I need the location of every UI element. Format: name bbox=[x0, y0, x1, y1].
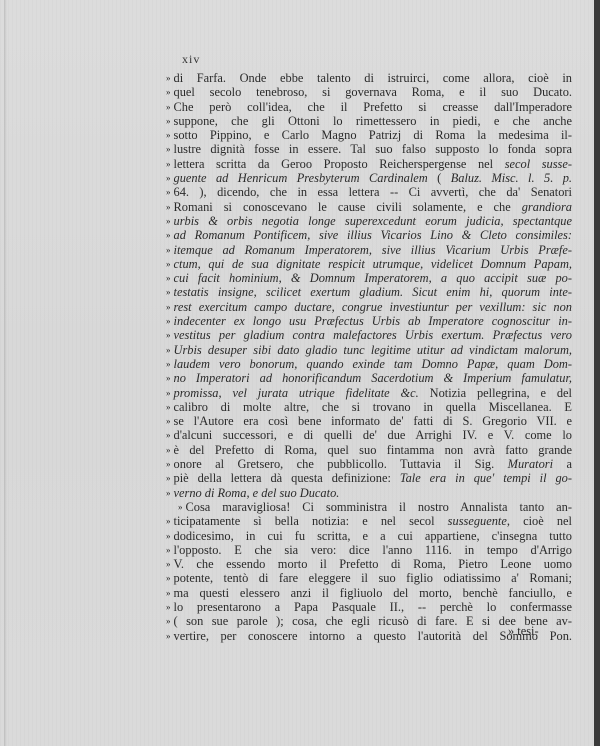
text-line: »vestitus per gladium contra malefactore… bbox=[166, 328, 572, 342]
page-gutter-shadow bbox=[4, 0, 7, 746]
quote-mark: » bbox=[166, 430, 171, 440]
italic-text: vestitus per gladium contra malefactores… bbox=[174, 328, 573, 342]
quote-mark: » bbox=[166, 273, 171, 283]
text-line: »quel secolo tenebroso, si governava Rom… bbox=[166, 85, 572, 99]
quote-mark: » bbox=[166, 631, 171, 641]
roman-text: se l'Autore era così bene informato de' … bbox=[174, 414, 573, 428]
italic-text: testatis insigne, scilicet exertum gladi… bbox=[174, 285, 573, 299]
quote-mark: » bbox=[166, 316, 171, 326]
book-page: xiv »di Farfa. Onde ebbe talento di istr… bbox=[0, 0, 596, 746]
quote-mark: » bbox=[166, 459, 171, 469]
quote-mark: » bbox=[166, 302, 171, 312]
text-line: »cui facit hominium, & Domnum Imperatore… bbox=[166, 271, 572, 285]
roman-text: è del Prefetto di Roma, quel suo fintamm… bbox=[174, 443, 573, 457]
text-line: »lo presentarono a Papa Pasquale II., --… bbox=[166, 600, 572, 614]
roman-text: piè della lettera dà questa definizione: bbox=[174, 471, 400, 485]
italic-text: itemque ad Romanum Imperatorem, sive ill… bbox=[174, 243, 573, 257]
quote-mark: » bbox=[166, 445, 171, 455]
quote-mark: » bbox=[166, 87, 171, 97]
italic-text: secol susse- bbox=[505, 157, 572, 171]
italic-text: urbis & orbis negotia longe superexcedun… bbox=[174, 214, 573, 228]
scan-edge bbox=[594, 0, 600, 746]
text-line: »testatis insigne, scilicet exertum glad… bbox=[166, 285, 572, 299]
roman-text: d'alcuni successori, e di quelli de' due… bbox=[174, 428, 573, 442]
italic-text: no Imperatori ad honorificandum Sacerdot… bbox=[174, 371, 573, 385]
roman-text: a bbox=[553, 457, 572, 471]
quote-mark: » bbox=[178, 502, 183, 512]
italic-text: Tale era in que' tempi il go- bbox=[400, 471, 572, 485]
quote-mark: » bbox=[166, 230, 171, 240]
text-line: »no Imperatori ad honorificandum Sacerdo… bbox=[166, 371, 572, 385]
text-line: »ticipatamente sì bella notizia: e nel s… bbox=[166, 514, 572, 528]
text-line: »se l'Autore era così bene informato de'… bbox=[166, 414, 572, 428]
quote-mark: » bbox=[166, 473, 171, 483]
quote-mark: » bbox=[166, 187, 171, 197]
text-line: »Che però coll'idea, che il Prefetto si … bbox=[166, 100, 572, 114]
text-line: »Cosa maravigliosa! Ci somministra il no… bbox=[166, 500, 572, 514]
quote-mark: » bbox=[166, 559, 171, 569]
italic-text: Baluz. Misc. l. 5. p. bbox=[451, 171, 572, 185]
text-line: »suppone, che gli Ottoni lo rimettessero… bbox=[166, 114, 572, 128]
text-line: »guente ad Henricum Presbyterum Cardinal… bbox=[166, 171, 572, 185]
text-line: »ctum, qui de sua dignitate respicit utr… bbox=[166, 257, 572, 271]
italic-text: ad Romanum Pontificem, sive illius Vicar… bbox=[174, 228, 573, 242]
text-line: »V. che essendo morto il Prefetto di Rom… bbox=[166, 557, 572, 571]
text-line: »dodicesimo, in cui fu scritta, e a cui … bbox=[166, 529, 572, 543]
roman-text: quel secolo tenebroso, si governava Roma… bbox=[174, 85, 573, 99]
roman-text: di Farfa. Onde ebbe talento di istruirci… bbox=[174, 71, 573, 85]
quote-mark: » bbox=[166, 287, 171, 297]
text-line: »sotto Pippino, e Carlo Magno Patrizj di… bbox=[166, 128, 572, 142]
body-text: »di Farfa. Onde ebbe talento di istruirc… bbox=[166, 71, 572, 643]
roman-text: ( bbox=[428, 171, 451, 185]
quote-mark: » bbox=[166, 116, 171, 126]
text-line: »lettera scritta da Geroo Proposto Reich… bbox=[166, 157, 572, 171]
quote-mark: » bbox=[166, 616, 171, 626]
roman-text: sotto Pippino, e Carlo Magno Patrizj di … bbox=[174, 128, 573, 142]
text-line: »Urbis desuper sibi dato gladio tunc leg… bbox=[166, 343, 572, 357]
roman-text: Romani si conoscevano le cause civili so… bbox=[174, 200, 522, 214]
text-line: »potente, tentò di fare eleggere il suo … bbox=[166, 571, 572, 585]
quote-mark: » bbox=[166, 345, 171, 355]
roman-text: onore al Gretsero, che pubblicollo. Tutt… bbox=[174, 457, 508, 471]
quote-mark: » bbox=[166, 102, 171, 112]
catchword: » tesi- bbox=[508, 624, 539, 638]
italic-text: verno di Roma, e del suo Ducato. bbox=[174, 486, 340, 500]
text-line: »indecenter ex longo usu Præfectus Urbis… bbox=[166, 314, 572, 328]
quote-mark: » bbox=[166, 202, 171, 212]
roman-text: Cosa maravigliosa! Ci somministra il nos… bbox=[186, 500, 573, 514]
quote-mark: » bbox=[166, 516, 171, 526]
text-line: »laudem vero bonorum, quando exinde tam … bbox=[166, 357, 572, 371]
text-line: »verno di Roma, e del suo Ducato. bbox=[166, 486, 572, 500]
quote-mark: » bbox=[166, 159, 171, 169]
text-line: »onore al Gretsero, che pubblicollo. Tut… bbox=[166, 457, 572, 471]
roman-text: lustre dignità fosse in essere. Tal suo … bbox=[174, 142, 573, 156]
text-line: »Romani si conoscevano le cause civili s… bbox=[166, 200, 572, 214]
text-line: »l'opposto. E che sia vero: dice l'anno … bbox=[166, 543, 572, 557]
quote-mark: » bbox=[166, 330, 171, 340]
text-line: »64. ), dicendo, che in essa lettera -- … bbox=[166, 185, 572, 199]
italic-text: cui facit hominium, & Domnum Imperatorem… bbox=[174, 271, 573, 285]
italic-text: grandiora bbox=[522, 200, 572, 214]
text-line: »rest exercitum campo ductare, congrue i… bbox=[166, 300, 572, 314]
quote-mark: » bbox=[166, 588, 171, 598]
text-line: »calibro di molte altre, che si trovano … bbox=[166, 400, 572, 414]
roman-text: 64. ), dicendo, che in essa lettera -- C… bbox=[174, 185, 573, 199]
quote-mark: » bbox=[166, 73, 171, 83]
quote-mark: » bbox=[166, 402, 171, 412]
roman-text: l'opposto. E che sia vero: dice l'anno 1… bbox=[174, 543, 573, 557]
italic-text: guente ad Henricum Presbyterum Cardinale… bbox=[174, 171, 428, 185]
quote-mark: » bbox=[166, 130, 171, 140]
quote-mark: » bbox=[166, 216, 171, 226]
quote-mark: » bbox=[166, 373, 171, 383]
quote-mark: » bbox=[166, 388, 171, 398]
quote-mark: » bbox=[166, 416, 171, 426]
quote-mark: » bbox=[166, 573, 171, 583]
quote-mark: » bbox=[166, 488, 171, 498]
page-number: xiv bbox=[182, 52, 200, 67]
italic-text: Muratori bbox=[508, 457, 553, 471]
text-line: »lustre dignità fosse in essere. Tal suo… bbox=[166, 142, 572, 156]
roman-text: calibro di molte altre, che si trovano i… bbox=[174, 400, 573, 414]
italic-text: susseguente bbox=[448, 514, 507, 528]
italic-text: indecenter ex longo usu Præfectus Urbis … bbox=[174, 314, 573, 328]
roman-text: V. che essendo morto il Prefetto di Roma… bbox=[174, 557, 573, 571]
italic-text: rest exercitum campo ductare, congrue in… bbox=[174, 300, 573, 314]
text-line: »di Farfa. Onde ebbe talento di istruirc… bbox=[166, 71, 572, 85]
italic-text: laudem vero bonorum, quando exinde tam D… bbox=[174, 357, 573, 371]
quote-mark: » bbox=[166, 259, 171, 269]
quote-mark: » bbox=[166, 245, 171, 255]
quote-mark: » bbox=[166, 359, 171, 369]
italic-text: ctum, qui de sua dignitate respicit utru… bbox=[174, 257, 573, 271]
text-line: »ad Romanum Pontificem, sive illius Vica… bbox=[166, 228, 572, 242]
text-line: »è del Prefetto di Roma, quel suo fintam… bbox=[166, 443, 572, 457]
roman-text: ma questi elessero anzi il figliuolo del… bbox=[174, 586, 573, 600]
quote-mark: » bbox=[166, 173, 171, 183]
quote-mark: » bbox=[166, 531, 171, 541]
italic-text: Urbis desuper sibi dato gladio tunc legi… bbox=[174, 343, 573, 357]
text-line: »piè della lettera dà questa definizione… bbox=[166, 471, 572, 485]
roman-text: potente, tentò di fare eleggere il suo f… bbox=[174, 571, 573, 585]
text-line: »ma questi elessero anzi il figliuolo de… bbox=[166, 586, 572, 600]
text-line: »urbis & orbis negotia longe superexcedu… bbox=[166, 214, 572, 228]
quote-mark: » bbox=[166, 602, 171, 612]
roman-text: Notizia pellegrina, e del bbox=[419, 386, 572, 400]
text-line: »d'alcuni successori, e di quelli de' du… bbox=[166, 428, 572, 442]
text-line: »itemque ad Romanum Imperatorem, sive il… bbox=[166, 243, 572, 257]
roman-text: lettera scritta da Geroo Proposto Reiche… bbox=[174, 157, 505, 171]
quote-mark: » bbox=[166, 545, 171, 555]
roman-text: Che però coll'idea, che il Prefetto si c… bbox=[174, 100, 573, 114]
roman-text: ticipatamente sì bella notizia: e nel se… bbox=[174, 514, 448, 528]
quote-mark: » bbox=[166, 144, 171, 154]
text-line: »promissa, vel jurata utrique fidelitate… bbox=[166, 386, 572, 400]
roman-text: , cioè nel bbox=[507, 514, 572, 528]
roman-text: suppone, che gli Ottoni lo rimettessero … bbox=[174, 114, 573, 128]
roman-text: dodicesimo, in cui fu scritta, e a cui a… bbox=[174, 529, 573, 543]
roman-text: lo presentarono a Papa Pasquale II., -- … bbox=[174, 600, 573, 614]
italic-text: promissa, vel jurata utrique fidelitate … bbox=[174, 386, 419, 400]
